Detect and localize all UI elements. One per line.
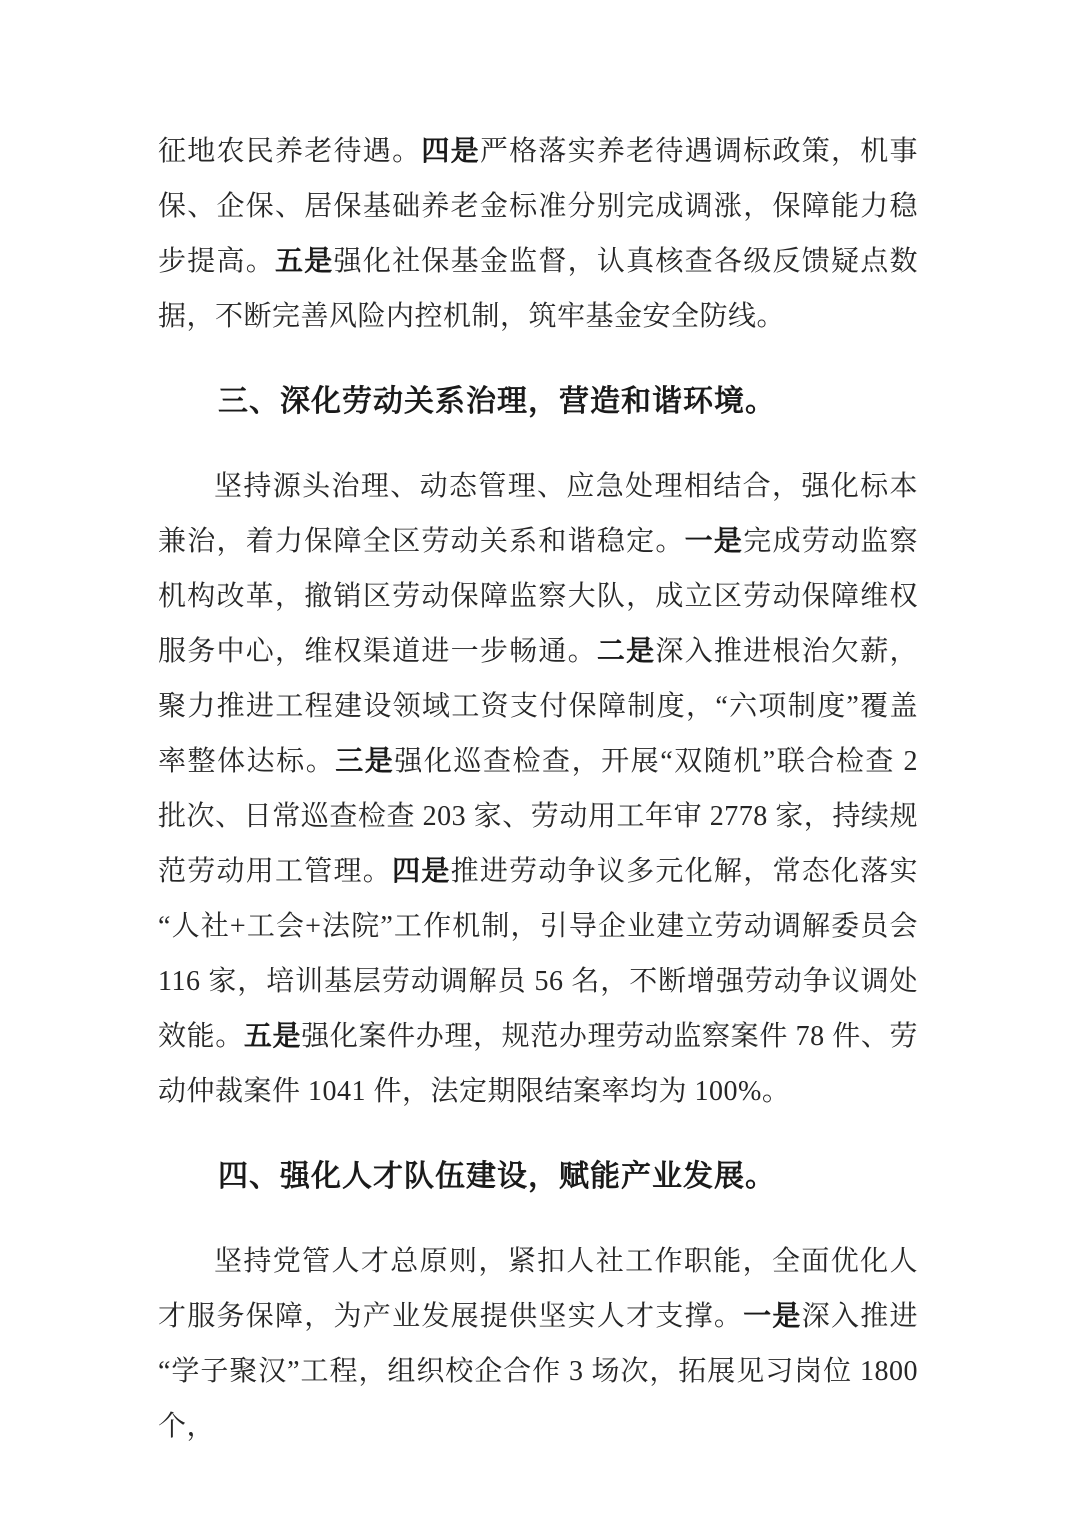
bold-text-run: 二是 bbox=[597, 636, 656, 667]
paragraph: 征地农民养老待遇。四是严格落实养老待遇调标政策，机事保、企保、居保基础养老金标准… bbox=[158, 124, 918, 344]
bold-text-run: 一是 bbox=[685, 526, 744, 557]
document-page: 征地农民养老待遇。四是严格落实养老待遇调标政策，机事保、企保、居保基础养老金标准… bbox=[0, 0, 1075, 1521]
bold-text-run: 五是 bbox=[275, 246, 334, 277]
bold-text-run: 五是 bbox=[244, 1021, 301, 1052]
bold-text-run: 四是 bbox=[392, 856, 451, 887]
section-heading: 四、强化人才队伍建设，赋能产业发展。 bbox=[158, 1149, 918, 1204]
section-heading: 三、深化劳动关系治理，营造和谐环境。 bbox=[158, 374, 918, 429]
bold-text-run: 四是 bbox=[421, 136, 480, 167]
paragraph: 坚持党管人才总原则，紧扣人社工作职能，全面优化人才服务保障，为产业发展提供坚实人… bbox=[158, 1234, 918, 1454]
bold-text-run: 一是 bbox=[743, 1301, 802, 1332]
bold-text-run: 四、强化人才队伍建设，赋能产业发展。 bbox=[218, 1160, 776, 1193]
document-body: 征地农民养老待遇。四是严格落实养老待遇调标政策，机事保、企保、居保基础养老金标准… bbox=[158, 124, 918, 1454]
paragraph: 坚持源头治理、动态管理、应急处理相结合，强化标本兼治，着力保障全区劳动关系和谐稳… bbox=[158, 459, 918, 1119]
bold-text-run: 三、深化劳动关系治理，营造和谐环境。 bbox=[218, 385, 776, 418]
bold-text-run: 三是 bbox=[335, 746, 394, 777]
text-run: 征地农民养老待遇。 bbox=[158, 136, 421, 167]
